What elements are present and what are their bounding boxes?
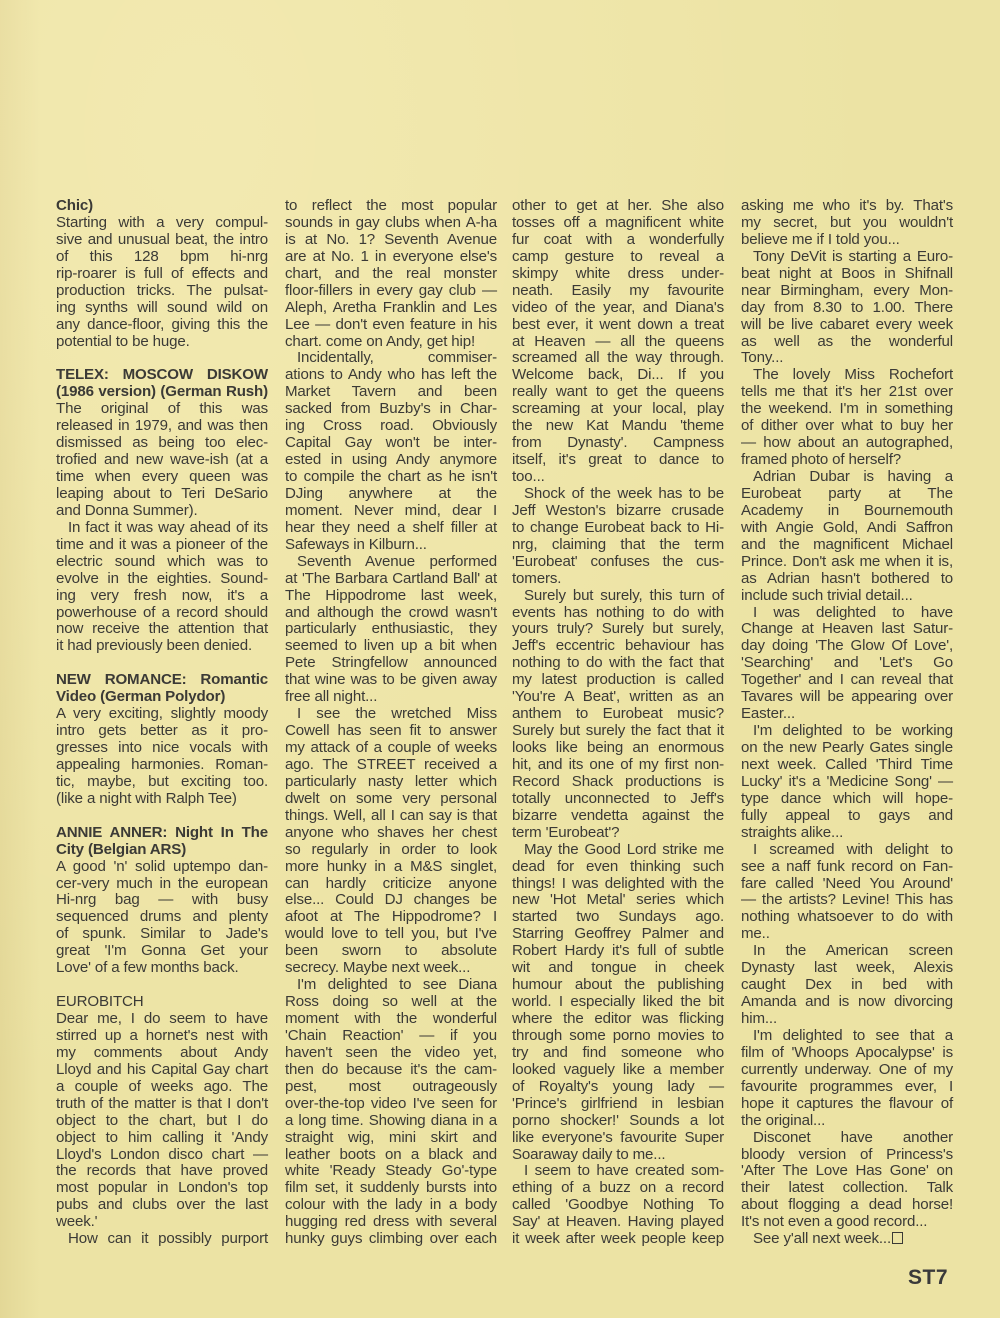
text-line: Together' and I can reveal that (741, 672, 953, 689)
text-line: Safeways in Kilburn... (285, 537, 497, 554)
text-line: moment. Never mind, dear I (285, 503, 497, 520)
text-line: A good 'n' solid uptempo dan- (56, 859, 268, 876)
text-line: electric sound which was to (56, 554, 268, 571)
text-line: Surely but surely the fact that it (512, 723, 724, 740)
text-line: it week after week people keep (512, 1231, 724, 1248)
text-line: next week. Called 'Third Time (741, 757, 953, 774)
text-line: currently underway. One of my (741, 1062, 953, 1079)
text-line: are at No. 1 in everyone else's (285, 249, 497, 266)
text-line: tomers. (512, 571, 724, 588)
text-line: of spunk. Similar to Jade's (56, 926, 268, 943)
text-line: neath. Easily my favourite (512, 283, 724, 300)
text-line: Surely but surely, this turn of (512, 588, 724, 605)
text-line: and the magnificent Michael (741, 537, 953, 554)
text-line: Easter... (741, 706, 953, 723)
text-line: The Hippodrome last week, (285, 588, 497, 605)
text-line: believe me if I told you... (741, 232, 953, 249)
text-line: time and it was a pioneer of the (56, 537, 268, 554)
text-line: appealing harmonies. Roman- (56, 757, 268, 774)
text-line: haven't seen the video yet, (285, 1045, 497, 1062)
text-line: In the American screen (741, 943, 953, 960)
text-line: object to him calling it 'Andy (56, 1130, 268, 1147)
text-line: Adrian Dubar is having a (741, 469, 953, 486)
text-line: dwelt on some very personal (285, 791, 497, 808)
text-line: Robert Hardy it's full of subtle (512, 943, 724, 960)
text-line: time when every queen was (56, 469, 268, 486)
text-line: him... (741, 1011, 953, 1028)
text-line: See y'all next week... (741, 1231, 953, 1248)
text-line: May the Good Lord strike me (512, 842, 724, 859)
text-line: started two Sundays ago. (512, 909, 724, 926)
text-line: to compile the chart as he isn't (285, 469, 497, 486)
text-line: hear they need a shelf filler at (285, 520, 497, 537)
text-line: and although the crowd wasn't (285, 605, 497, 622)
text-line: chart, and the real monster (285, 266, 497, 283)
text-line: hope it captures the flavour of (741, 1096, 953, 1113)
text-line: Aleph, Aretha Franklin and Les (285, 300, 497, 317)
text-line: week.' (56, 1214, 268, 1231)
text-line: framed photo of herself? (741, 452, 953, 469)
text-line: it had previously been denied. (56, 638, 268, 655)
text-line: film set, it suddenly bursts into (285, 1180, 497, 1197)
text-line: 'Prince's girlfriend in lesbian (512, 1096, 724, 1113)
text-line: straights alike... (741, 825, 953, 842)
text-line: would love to tell you, but I've (285, 926, 497, 943)
text-line: of dither over what to buy her (741, 418, 953, 435)
review-heading-line: Chic) (56, 198, 268, 215)
text-line: Jeff's eccentric behaviour has (512, 638, 724, 655)
text-line: now receive the attention that (56, 621, 268, 638)
text-line: the new Kat Mandu 'theme (512, 418, 724, 435)
text-line: ing synths will sound wild on (56, 300, 268, 317)
text-line: a long time. Showing diana in a (285, 1113, 497, 1130)
text-line: Tony... (741, 350, 953, 367)
text-line: else... Could DJ changes be (285, 892, 497, 909)
text-line: film of 'Whoops Apocalypse' is (741, 1045, 953, 1062)
text-line: moment with the wonderful (285, 1011, 497, 1028)
paragraph-gap (56, 350, 268, 367)
text-line: try and find someone who (512, 1045, 724, 1062)
column-2: to reflect the most popularsounds in gay… (285, 198, 497, 1248)
text-line: bizarre vendetta against the (512, 808, 724, 825)
text-line: nrg, claiming that the term (512, 537, 724, 554)
review-heading-line: TELEX: MOSCOW DISKOW (56, 367, 268, 384)
text-line: beat night at Boos in Shifnall (741, 266, 953, 283)
text-line: a couple of weeks ago. The (56, 1079, 268, 1096)
text-line: tic, maybe, but exciting too. (56, 774, 268, 791)
text-line: I screamed with delight to (741, 842, 953, 859)
article-page: Chic)Starting with a very compul-sive an… (56, 198, 968, 1258)
text-line: leather boots on a black and (285, 1147, 497, 1164)
text-line: Lee — don't even feature in his (285, 317, 497, 334)
text-line: 'You're A Beat', written as an (512, 689, 724, 706)
text-line: EUROBITCH (56, 994, 268, 1011)
text-line: about flogging a dead horse! (741, 1197, 953, 1214)
text-line: particularly nasty letter which (285, 774, 497, 791)
text-line: on the new Pearly Gates single (741, 740, 953, 757)
text-line: fur coat with a wonderfully (512, 232, 724, 249)
text-line: hit, and its one of my first non- (512, 757, 724, 774)
text-line: Dynasty last week, Alexis (741, 960, 953, 977)
text-line: screamed all the way through. (512, 350, 724, 367)
text-line: video of the year, and Diana's (512, 300, 724, 317)
text-line: (like a night with Ralph Tee) (56, 791, 268, 808)
text-line: sequenced drums and plenty (56, 909, 268, 926)
text-line: looked vaguely like a member (512, 1062, 724, 1079)
text-line: humour about the publishing (512, 977, 724, 994)
text-line: Lloyd and his Capital Gay chart (56, 1062, 268, 1079)
text-line: gresses into nice vocals with (56, 740, 268, 757)
text-line: I'm delighted to see that a (741, 1028, 953, 1045)
text-line: Academy in Bournemouth (741, 503, 953, 520)
text-line: nothing whatsoever to do with (741, 909, 953, 926)
text-line: nothing to do with the fact that (512, 655, 724, 672)
text-line: I see the wretched Miss (285, 706, 497, 723)
paragraph-gap (56, 655, 268, 672)
text-line: A very exciting, slightly moody (56, 706, 268, 723)
text-line: best ever, it went down a treat (512, 317, 724, 334)
text-line: their latest collection. Talk (741, 1180, 953, 1197)
text-line: Starring Geoffrey Palmer and (512, 926, 724, 943)
text-line: Soaraway daily to me... (512, 1147, 724, 1164)
text-line: world. I especially liked the bit (512, 994, 724, 1011)
text-line: then do because it's the cam- (285, 1062, 497, 1079)
text-line: at Heaven — all the queens (512, 334, 724, 351)
column-1: Chic)Starting with a very compul-sive an… (56, 198, 268, 1248)
text-line: particularly enthusiastic, they (285, 621, 497, 638)
text-line: afoot at The Hippodrome? I (285, 909, 497, 926)
text-line: The original of this was (56, 401, 268, 418)
text-line: day from 8.30 to 1.00. There (741, 300, 953, 317)
text-line: asking me who it's by. That's (741, 198, 953, 215)
text-line: too... (512, 469, 724, 486)
text-line: is at No. 1? Seventh Avenue (285, 232, 497, 249)
text-line: fare called 'Need You Around' (741, 876, 953, 893)
text-line: tosses off a magnificent white (512, 215, 724, 232)
text-line: powerhouse of a record should (56, 605, 268, 622)
text-line: How can it possibly purport (56, 1231, 268, 1248)
text-line: more hunky in a M&S singlet, (285, 859, 497, 876)
text-line: sive and unusual beat, the intro (56, 232, 268, 249)
text-line: stirred up a hornet's nest with (56, 1028, 268, 1045)
text-line: me.. (741, 926, 953, 943)
text-line: most popular in London's top (56, 1180, 268, 1197)
text-line: to change Eurobeat back to Hi- (512, 520, 724, 537)
text-line: leaping about to Teri DeSario (56, 486, 268, 503)
text-line: Prince. Don't ask me when it is, (741, 554, 953, 571)
text-line: I was delighted to have (741, 605, 953, 622)
text-line: can hardly criticize anyone (285, 876, 497, 893)
paragraph-gap (56, 808, 268, 825)
text-line: events has nothing to do with (512, 605, 724, 622)
text-line: Jeff Weston's bizarre crusade (512, 503, 724, 520)
text-line: seemed to liven up a bit when (285, 638, 497, 655)
text-line: anthem to Eurobeat music? (512, 706, 724, 723)
text-line: intro gets better as it pro- (56, 723, 268, 740)
text-line: as Adrian hasn't bothered to (741, 571, 953, 588)
text-line: Disconet have another (741, 1130, 953, 1147)
review-heading-line: ANNIE ANNER: Night In The (56, 825, 268, 842)
text-line: bloody version of Princess's (741, 1147, 953, 1164)
text-line: my latest production is called (512, 672, 724, 689)
text-line: 'Eurobeat' confuses the cus- (512, 554, 724, 571)
end-of-article-mark (892, 1232, 903, 1244)
text-line: truth of the matter is that I don't (56, 1096, 268, 1113)
text-line: from Dynasty'. Campness (512, 435, 724, 452)
text-line: The lovely Miss Rochefort (741, 367, 953, 384)
text-line: Starting with a very compul- (56, 215, 268, 232)
text-line: of Royalty's young lady — (512, 1079, 724, 1096)
text-line: been sworn to absolute (285, 943, 497, 960)
text-line: Record Shack productions is (512, 774, 724, 791)
text-line: production tricks. The pulsat- (56, 283, 268, 300)
text-line: yours truly? Surely but surely, (512, 621, 724, 638)
text-line: Hi-nrg bag — with busy (56, 892, 268, 909)
text-line: Lloyd's London disco chart — (56, 1147, 268, 1164)
text-line: as well as the wonderful (741, 334, 953, 351)
paragraph-gap (56, 977, 268, 994)
review-heading-line: NEW ROMANCE: Romantic (56, 672, 268, 689)
text-line: things. Well, all I can say is that (285, 808, 497, 825)
text-line: floor-fillers in every gay club — (285, 283, 497, 300)
text-line: free all night... (285, 689, 497, 706)
text-line: 'After The Love Has Gone' on (741, 1163, 953, 1180)
text-line: dismissed as being too elec- (56, 435, 268, 452)
text-line: hugging red dress with several (285, 1214, 497, 1231)
text-line: ations to Andy who has left the (285, 367, 497, 384)
review-heading-line: Video (German Polydor) (56, 689, 268, 706)
text-line: near Birmingham, every Mon- (741, 283, 953, 300)
review-heading-line: City (Belgian ARS) (56, 842, 268, 859)
text-line: ago. The STREET received a (285, 757, 497, 774)
text-line: I seem to have created som- (512, 1163, 724, 1180)
text-line: pest, most outrageously (285, 1079, 497, 1096)
text-line: skimpy white dress under- (512, 266, 724, 283)
review-heading-line: (1986 version) (German Rush) (56, 384, 268, 401)
text-line: white 'Ready Steady Go'-type (285, 1163, 497, 1180)
text-line: my secret, but you wouldn't (741, 215, 953, 232)
text-line: itself, it's great to dance to (512, 452, 724, 469)
text-line: really want to get the queens (512, 384, 724, 401)
text-line: Dear me, I do seem to have (56, 1011, 268, 1028)
text-line: Love' of a few months back. (56, 960, 268, 977)
text-line: that wine was to be given away (285, 672, 497, 689)
text-line: things! I was delighted with the (512, 876, 724, 893)
text-line: my attack of a couple of weeks (285, 740, 497, 757)
text-line: colour with the lady in a body (285, 1197, 497, 1214)
text-line: at 'The Barbara Cartland Ball' at (285, 571, 497, 588)
text-line: evolve in the eighties. Sound- (56, 571, 268, 588)
text-line: looks like being an enormous (512, 740, 724, 757)
text-line: I'm delighted to be working (741, 723, 953, 740)
text-line: through some porno movies to (512, 1028, 724, 1045)
text-line: fully appeal to gays and (741, 808, 953, 825)
text-line: camp gesture to reveal a (512, 249, 724, 266)
text-line: In fact it was way ahead of its (56, 520, 268, 537)
text-line: trofied and new wave-ish (at a (56, 452, 268, 469)
text-line: the records that have proved (56, 1163, 268, 1180)
text-line: any dance-floor, giving this the (56, 317, 268, 334)
text-line: include such trivial detail... (741, 588, 953, 605)
text-line: Eurobeat party at The (741, 486, 953, 503)
text-line: sounds in gay clubs when A-ha (285, 215, 497, 232)
text-line: called 'Goodbye Nothing To (512, 1197, 724, 1214)
text-line: wit and tongue in cheek (512, 960, 724, 977)
text-line: Lucky' it's a 'Medicine Song' — (741, 774, 953, 791)
text-line: DJing anywhere at the (285, 486, 497, 503)
text-line: tells me that it's her 21st over (741, 384, 953, 401)
text-line: will be live cabaret every week (741, 317, 953, 334)
text-line: sacked from Buzby's in Char- (285, 401, 497, 418)
text-line: pubs and clubs over the last (56, 1197, 268, 1214)
text-line: straight wig, mini skirt and (285, 1130, 497, 1147)
text-line: so regularly in order to look (285, 842, 497, 859)
text-line: 'Searching' and 'Let's Go (741, 655, 953, 672)
text-line: other to get at her. She also (512, 198, 724, 215)
text-line: potential to be huge. (56, 334, 268, 351)
page-number: ST7 (908, 1266, 948, 1290)
text-line: porno shocker!' Sounds a lot (512, 1113, 724, 1130)
text-line: term 'Eurobeat'? (512, 825, 724, 842)
text-line: It's not even a good record... (741, 1214, 953, 1231)
text-line: Tony DeVit is starting a Euro- (741, 249, 953, 266)
text-line: I'm delighted to see Diana (285, 977, 497, 994)
text-line: released in 1979, and was then (56, 418, 268, 435)
text-line: Change at Heaven last Satur- (741, 621, 953, 638)
text-line: Seventh Avenue performed (285, 554, 497, 571)
text-line: Say' at Heaven. Having played (512, 1214, 724, 1231)
text-line: ething of a buzz on a record (512, 1180, 724, 1197)
text-line: cer-very much in the european (56, 876, 268, 893)
text-line: great 'I'm Gonna Get your (56, 943, 268, 960)
text-line: Cowell has seen fit to answer (285, 723, 497, 740)
text-line: dead for even thinking such (512, 859, 724, 876)
text-line: Capital Gay won't be inter- (285, 435, 497, 452)
text-line: Pete Stringfellow announced (285, 655, 497, 672)
text-line: object to the chart, but I do (56, 1113, 268, 1130)
text-line: the original... (741, 1113, 953, 1130)
text-line: Welcome back, Di... If you (512, 367, 724, 384)
text-line: ing Cross road. Obviously (285, 418, 497, 435)
column-3: other to get at her. She alsotosses off … (512, 198, 724, 1248)
text-line: favourite programmes ever, I (741, 1079, 953, 1096)
text-line: like everyone's favourite Super (512, 1130, 724, 1147)
text-line: over-the-top video I've seen for (285, 1096, 497, 1113)
text-line: totally unconnected to Jeff's (512, 791, 724, 808)
text-line: secrecy. Maybe next week... (285, 960, 497, 977)
text-line: of this 128 bpm hi-nrg (56, 249, 268, 266)
text-line: with Angie Gold, Andi Saffron (741, 520, 953, 537)
text-line: hunky guys climbing over each (285, 1231, 497, 1248)
text-line: my comments about Andy (56, 1045, 268, 1062)
text-line: anyone who shaves her chest (285, 825, 497, 842)
text-line: Amanda and is now divorcing (741, 994, 953, 1011)
text-line: to reflect the most popular (285, 198, 497, 215)
text-line: rip-roarer is full of effects and (56, 266, 268, 283)
text-line: Market Tavern and been (285, 384, 497, 401)
text-line: Ross doing so well at the (285, 994, 497, 1011)
text-line: Tavares will be appearing over (741, 689, 953, 706)
text-line: Incidentally, commiser- (285, 350, 497, 367)
text-line: screaming at your local, play (512, 401, 724, 418)
column-4: asking me who it's by. That'smy secret, … (741, 198, 953, 1248)
text-line: — the artists? Levine! This has (741, 892, 953, 909)
text-line: type dance which will hope- (741, 791, 953, 808)
text-line: — how about an autographed, (741, 435, 953, 452)
text-line: day doing 'The Glow Of Love', (741, 638, 953, 655)
text-line: ing very fresh now, it's a (56, 588, 268, 605)
text-line: see a naff funk record on Fan- (741, 859, 953, 876)
text-line: chart. come on Andy, get hip! (285, 334, 497, 351)
text-line: caught Dex in bed with (741, 977, 953, 994)
text-line: Shock of the week has to be (512, 486, 724, 503)
text-line: 'Chain Reaction' — if you (285, 1028, 497, 1045)
text-line: new 'Hot Metal' series which (512, 892, 724, 909)
text-line: the weekend. I'm in something (741, 401, 953, 418)
text-line: and Donna Summer). (56, 503, 268, 520)
text-line: where the editor was flicking (512, 1011, 724, 1028)
text-line: ested in using Andy anymore (285, 452, 497, 469)
